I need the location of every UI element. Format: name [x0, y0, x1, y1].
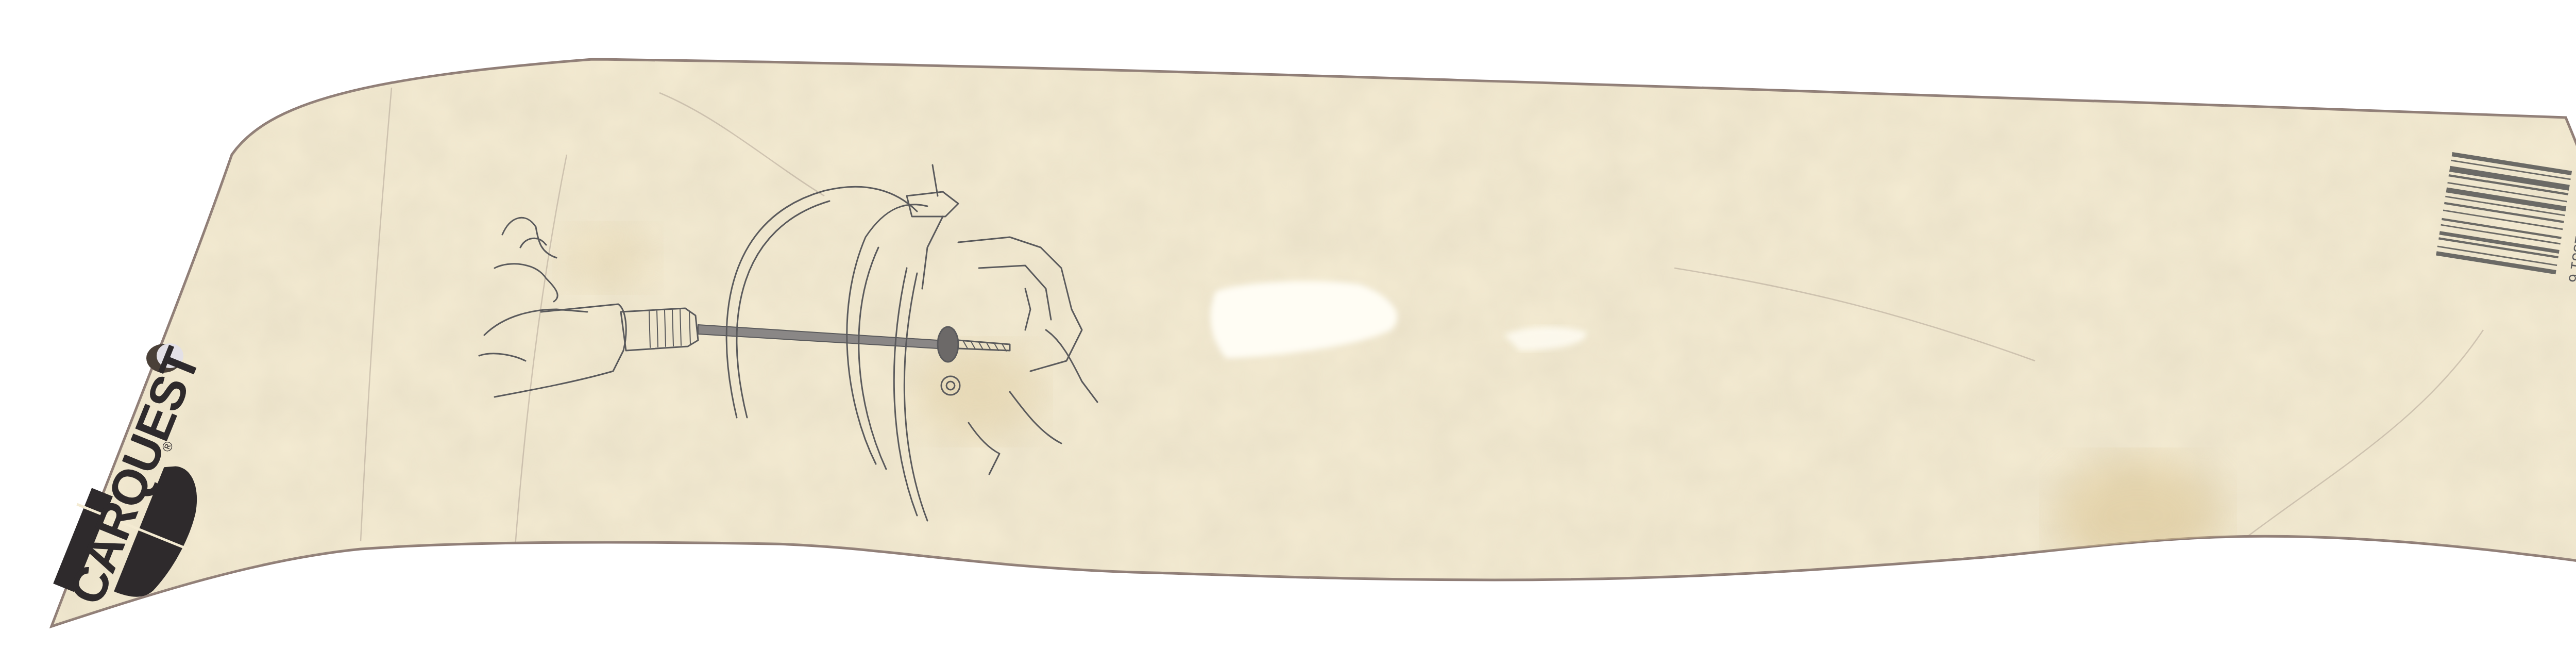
backing-card [0, 0, 2576, 665]
product-card-photo: CARQUEST ® [0, 0, 2576, 665]
stain [917, 345, 1041, 438]
stain [562, 227, 654, 289]
stain [2056, 459, 2221, 572]
